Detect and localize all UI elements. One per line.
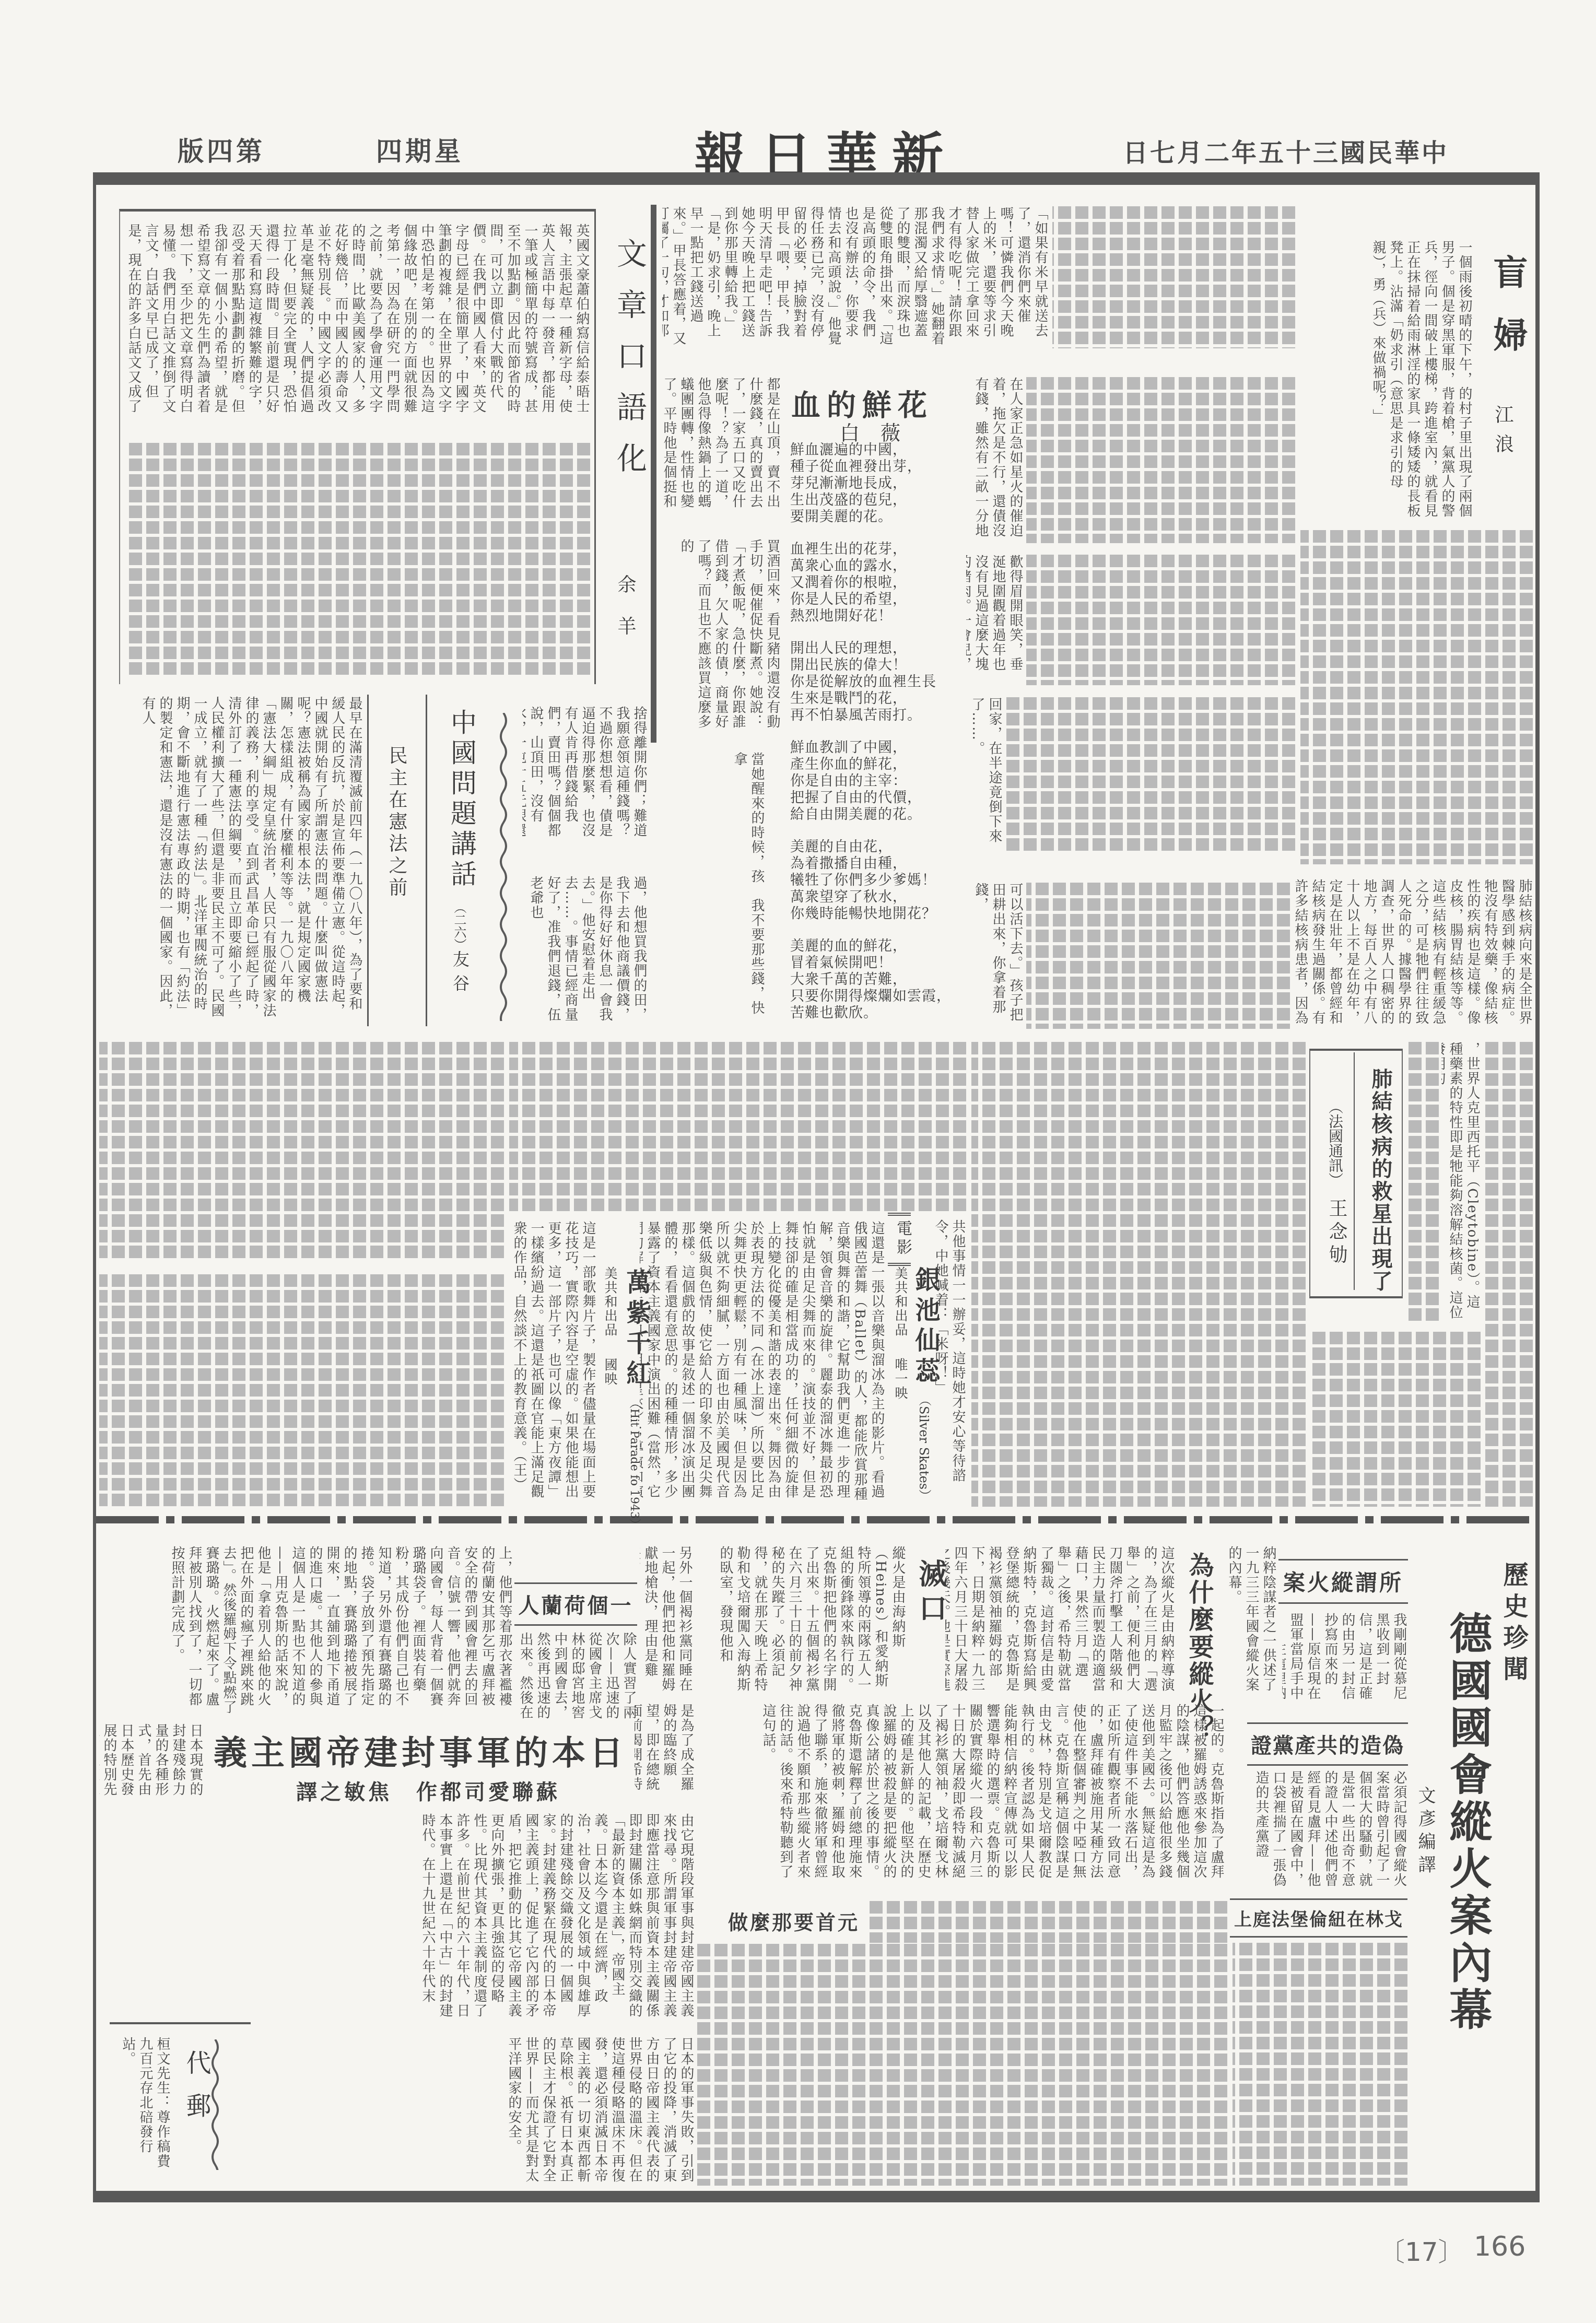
poem-line: 給自由開美麗的花。 xyxy=(790,806,957,823)
notice-body: 桓文先生：尊作稿費九百元存北碚發行站。 xyxy=(107,2037,171,2175)
mangfu-body-6: 在人家正急如星火的催迫着，拖欠是不行，還債沒有錢，雖然有二畝一分地 xyxy=(966,377,1024,543)
zhongguo-number: （二六） xyxy=(450,901,468,951)
poem-line: 鮮血教訓了中國， xyxy=(790,740,957,756)
reichstag-helan-body-right: 另外一個褐衫黨同睡在一起，他們把他和羅姆獻地槍決，理由是雞姦。 xyxy=(640,1546,693,1692)
reichstag-title: 德國國會縱火案內幕 xyxy=(1437,1611,1498,2034)
illegible-text xyxy=(1308,1332,1481,1507)
poem-line: 為着撒播自由種， xyxy=(790,855,957,872)
poem-line: 冒着氣候開吧！ xyxy=(790,955,957,971)
frame-bottom xyxy=(93,2191,1540,2202)
japan-title: 日本的軍事封建帝國主義 xyxy=(209,1726,632,1774)
illegible-text xyxy=(1052,206,1295,348)
reichstag-suowei-body: 我剛剛從慕尼黑收到一封信，這是正確的由另一封信抄寫而來的——原信現在盟軍當局手中… xyxy=(1282,1613,1407,1709)
reichstag-miekou-body: 縱火是由海納斯（Heines）和愛納斯特所領導的兩隊五人一組的衝鋒隊來執行的。克… xyxy=(697,1546,906,1695)
subhead-weizao: 偽造的共產黨證 xyxy=(1247,1722,1408,1766)
subhead-helan: 一個荷蘭人 xyxy=(514,1582,637,1626)
edition-label: 第四版 xyxy=(178,131,265,168)
mangfu-body-8: 回家，在半途竟倒下來了……。 xyxy=(966,697,1003,854)
poem-line: 苦難也歡欣。 xyxy=(790,1005,957,1022)
poem-line: 萬衆望穿了秋水， xyxy=(790,889,957,906)
illegible-text xyxy=(99,1274,504,1509)
poem-line: 又潤着你的根啦， xyxy=(790,574,957,591)
poem-line: 生出茂盛的苞兒， xyxy=(790,492,957,509)
reichstag-author: 文彥編譯 xyxy=(1413,1786,1438,1878)
illegible-text xyxy=(1233,1943,1407,2186)
mangfu-body-9: 可以活下去。」孩子把田耕出來，你拿着那錢， xyxy=(966,883,1024,1029)
film-studio: 美共和出品 xyxy=(893,1266,908,1337)
illegible-text xyxy=(1026,883,1290,1029)
film-english-title: （Hit Parade fo 1943） xyxy=(626,1397,642,1530)
illegible-text xyxy=(1005,697,1295,854)
reichstag-continued-body: 一起的。克魯斯指為了盧拜這樣被羅姆誘惑來參加這次的陰謀，他們答應他坐幾個月監牢之… xyxy=(697,1704,1225,1892)
mangfu-title: 盲婦 xyxy=(1483,254,1533,380)
feijiehe-body: ，世界人克里西托平（Cleytobine）。這種藥素的特性即是牠能夠溶解結核菌。… xyxy=(1441,1042,1481,1324)
film-title: 萬紫千紅 xyxy=(619,1269,655,1390)
poem-stanza: 血裡生出的花芽， 萬衆心血的露水， 又潤着你的根啦， 你是人民的希望， 熱烈地開… xyxy=(790,541,957,625)
poem-stanza: 美麗的血的鮮花， 冒着氣候開吧！ 大衆千萬的苦難， 只要你開得燦爛如雲霞， 苦難… xyxy=(790,938,957,1022)
illegible-text xyxy=(971,1042,1306,1507)
illegible-text xyxy=(509,1042,966,1212)
mangfu-body-10: 捨得離開你們；難道我願意領這種錢嗎？不過你想想看，債是逼迫得那麼緊，也沒有人肯再… xyxy=(522,706,648,844)
subhead-yuanshou: 元首要那麼做 xyxy=(726,1906,862,1935)
japan-body-2: 日本的軍事失敗，引到了它的投降，消滅了東方由日帝國主義代表的世界侵略的溫床。但在… xyxy=(230,2037,695,2186)
issue-date: 中華民國三十五年二月七日 xyxy=(1123,133,1449,169)
weekday-label: 星期四 xyxy=(376,131,464,168)
illegible-text xyxy=(99,1042,504,1261)
mangfu-body-1: 一個雨後初晴的下午，的村子里出現了兩個男子。個是穿黑軍服，背着槍，氣黨人的警兵，… xyxy=(1300,240,1473,525)
reichstag-intro: 納粹陰謀者之一供述了一九三三年國會縱火案的內幕。 xyxy=(1227,1546,1277,1703)
poem-line: 萬衆心血的露水， xyxy=(790,558,957,574)
film-english-title: （Silver Skates） xyxy=(915,1393,933,1502)
mangfu-author: 江浪 xyxy=(1489,405,1516,463)
feijiehe-tag: （法國通訊） xyxy=(1324,1099,1345,1187)
illegible-text xyxy=(1026,555,1295,685)
mangfu-body-3: 都是在山頂，賣不出什麼錢，真的賣出去了，一家五口又吃什麼呢！？為了一道，他急得像… xyxy=(661,377,781,519)
film-meta: 美共和出品唯一映 xyxy=(891,1266,910,1400)
illegible-text xyxy=(1405,1042,1439,1324)
illegible-text xyxy=(870,1901,1227,1943)
subhead-miekou: 滅口 xyxy=(911,1559,952,1628)
film-section-label: 電影 xyxy=(888,1213,911,1266)
zhongguo-author: 友谷 xyxy=(448,951,472,999)
poem-line: 生來是戰鬥的花， xyxy=(790,690,957,707)
section-divider xyxy=(96,1516,1535,1523)
divider-line xyxy=(367,695,369,1026)
zhongguo-body-1: 最早在滿清覆滅前四年（一九〇八年），為了要和緩人民的反抗，於是宣佈要準備立憲。從… xyxy=(99,696,363,1023)
poem-line: 大衆千萬的苦難， xyxy=(790,971,957,988)
reichstag-helan-body-below: 除人實習了兩次——迅速的從國會主席戈林的邸宮地窖中到國會去，然後再迅速的出來。然… xyxy=(517,1632,637,1721)
japan-lead: 日本現實的封建殘餘力量的各種形式，首先由日本歷史發展的特別先進的程度來說明之，日… xyxy=(99,1723,204,1807)
divider-line xyxy=(110,2022,251,2024)
poem-line: 芽兒漸漸地長成， xyxy=(790,475,957,492)
reichstag-continued-body: 是為了成全羅姆的臨終願望，即在總統面前揭開希特勒的真面目。興登堡不久就死了，沒有… xyxy=(635,1704,695,1805)
wenzhang-author: 余羊 xyxy=(612,574,639,658)
illegible-text xyxy=(1483,1042,1533,1507)
film-cinema: 唯一映 xyxy=(893,1358,908,1400)
film-section-text: 電影 xyxy=(891,1220,914,1258)
poem-line: 把握了自由的代價， xyxy=(790,790,957,806)
feijiehe-author: 王念劬 xyxy=(1323,1199,1350,1268)
poem-line: 要開美麗的花。 xyxy=(790,509,957,525)
mangfu-body-2: 「如果有米早就送去了，還消你們來催嗎！可憐我們今天晚上的米，還要等求引替人家做完… xyxy=(662,206,1049,348)
poem-stanza: 鮮血教訓了中國， 產生你血的鮮花， 你是自由的主宰： 把握了自由的代價， 給自由… xyxy=(790,740,957,823)
illegible-text xyxy=(1026,377,1295,543)
frame-right xyxy=(1535,185,1540,2202)
poem-line: 美麗的自由花， xyxy=(790,839,957,855)
poem-line: 你是從解放的血裡生長 xyxy=(790,674,957,690)
poem-line: 你是自由的主宰： xyxy=(790,773,957,790)
feijiehe-intro: 肺結核病向來是全世界醫學感到棘手的病症。牠沒有特效藥，像結核性的疾病也是這樣。像… xyxy=(1295,879,1533,1030)
wenzhang-body-1: 英國文豪蕭伯納寫信給泰晤士報，主張起草一種新字母，使英人言語中每一發音，都能用一… xyxy=(125,224,590,426)
poem-author: 白薇 xyxy=(840,417,921,445)
film-meta: 美共和出品國映 xyxy=(601,1266,619,1386)
reichstag-column-label: 歷史珍聞 xyxy=(1496,1562,1532,1687)
poem-stanza: 開出人民的理想， 開出民族的偉大！ 你是從解放的血裡生長 生來是戰鬥的花， 再不… xyxy=(790,640,957,724)
mangfu-body-4: 買酒回來，看見豬肉還沒有動手切，便催促快斷煮。她說：「才煮飯呢，急什麼，你跟誰借… xyxy=(661,539,781,743)
reichstag-helan-body-left: 上，他們等着那衣著襤褸的荷蘭安其那乞丐盧拜被安全的帶到國會裡去的回音。信號一響，… xyxy=(99,1546,513,1719)
subhead-gelin: 戈林在紐倫堡法庭上 xyxy=(1230,1898,1407,1938)
frame-left xyxy=(93,185,96,2202)
poem-stanza: 美麗的自由花， 為着撒播自由種， 犧牲了你們多少爹媽！ 萬衆望穿了秋水， 你幾時… xyxy=(790,839,957,922)
poem-line: 你是人民的希望， xyxy=(790,591,957,608)
feijiehe-title: 肺結核病的救星出現了 xyxy=(1366,1068,1395,1293)
mangfu-body-5: 當她醒來的時候，孩 我不要那些錢，快拿 xyxy=(661,752,765,1024)
reichstag-weishenme-body: 這次縱火是由納粹導演的，為了在三月的「選舉」之前，便利他們大刀闊斧打擊工人階級和… xyxy=(945,1546,1175,1695)
film-title: 銀池仙蕊 xyxy=(908,1266,944,1388)
illegible-text xyxy=(697,1944,1227,2186)
illegible-text xyxy=(1300,530,1533,864)
poem-line: 犧牲了你們多少爹媽！ xyxy=(790,872,957,889)
poem-line: 產生你血的鮮花， xyxy=(790,756,957,773)
archive-mark: 〔17〕 xyxy=(1379,2231,1464,2269)
poem-line: 美麗的血的鮮花， xyxy=(790,938,957,955)
japan-byline: 蘇聯愛司都作 焦敏之譯 xyxy=(245,1776,611,1805)
masthead-rule xyxy=(93,172,1540,185)
zhongguo-series: 中國問題講話 xyxy=(443,709,480,890)
divider-line xyxy=(1354,1052,1355,1290)
film-studio: 美共和出品 xyxy=(603,1266,618,1337)
illegible-text xyxy=(125,443,590,677)
divider-line xyxy=(426,695,427,1026)
subhead-suowei: 所謂縱火案 xyxy=(1278,1559,1408,1604)
column-bar xyxy=(651,205,656,743)
wavy-bracket xyxy=(209,2039,221,2170)
mangfu-body-7: 歡得眉開眼笑，垂涎地圍觀着過年也沒有見過這麼大塊的豬肉。一會兒，他 xyxy=(966,555,1024,685)
film-review-body: 這是一部歌舞片子，製作者儘量在場面上要花技巧，實際內容是空虛的。如果他能想出更多… xyxy=(507,1221,596,1506)
poem-line: 血裡生出的花芽， xyxy=(790,541,957,558)
poem-line: 再不怕暴風苦雨打。 xyxy=(790,707,957,724)
wavy-divider xyxy=(497,713,510,1021)
poem-line: 熱烈地開好花！ xyxy=(790,608,957,625)
poem-stanza: 鮮血灑遍的中國， 種子從血裡發出芽， 芽兒漸漸地長成， 生出茂盛的苞兒， 要開美… xyxy=(790,442,957,525)
poem-line: 只要你開得燦爛如雲霞， xyxy=(790,988,957,1005)
zhongguo-title: 民主在憲法之前 xyxy=(383,746,410,899)
film-review-body: 這還是一張以音樂與溜冰為主的影片。看過俄國芭蕾舞（Ballet）的人，都能欣賞那… xyxy=(640,1221,885,1506)
reichstag-weizao-body: 必須記得國會縱火案當時曾引起了一個很大的騷動，就是當一些出奇不意的證人中述他們曾… xyxy=(1251,1770,1407,1891)
page-number: 166 xyxy=(1474,2231,1525,2262)
japan-body-1: 由它現階段軍事與封建帝國主義來找尋。所謂軍事封建帝國主義即應當注意那與前資本主義… xyxy=(99,1813,695,2018)
poem-line: 你幾時能暢快地開花？ xyxy=(790,906,957,922)
wenzhang-title: 文章口語化 xyxy=(607,238,651,494)
poem-line: 鮮血灑遍的中國， xyxy=(790,442,957,459)
poem-line: 開出人民的理想， xyxy=(790,640,957,657)
poem-body: 鮮血灑遍的中國， 種子從血裡發出芽， 芽兒漸漸地長成， 生出茂盛的苞兒， 要開美… xyxy=(790,442,957,1037)
poem-line: 開出民族的偉大！ xyxy=(790,657,957,674)
poem-line: 種子從血裡發出芽， xyxy=(790,459,957,475)
mangfu-body-11: 過，他想買我們的田，我下去和他商議價錢，是你得好好休息一會我去。」他安慰着走出去… xyxy=(522,876,648,1025)
film-cinema: 國映 xyxy=(603,1358,618,1386)
